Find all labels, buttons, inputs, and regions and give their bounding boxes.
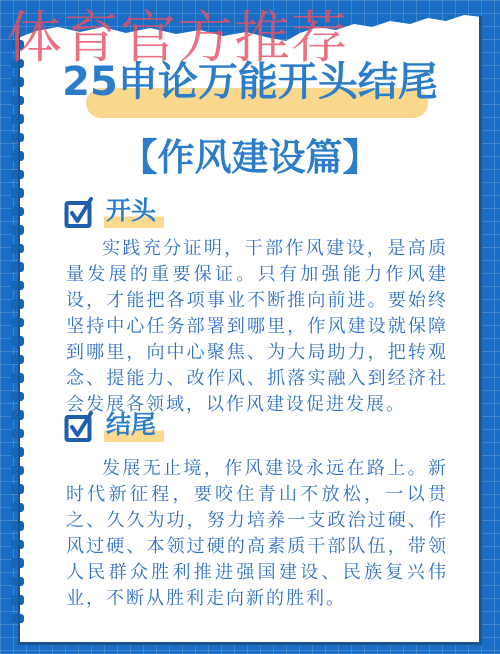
checked-checkbox-icon: [64, 410, 94, 442]
section-ending-label: 结尾: [104, 410, 164, 442]
section-ending-body: 发展无止境，作风建设永远在路上。新时代新征程，要咬住青山不放松，一以贯之、久久为…: [66, 456, 448, 612]
notebook-paper: 25申论万能开头结尾 【作风建设篇】 开头 实践充分证明，干部作风建设，是高质量…: [18, 0, 482, 644]
paper-edge-left: [18, 34, 20, 644]
poster-canvas: { "watermark": "体育官方推荐", "header": { "ti…: [0, 0, 500, 654]
page-subtitle: 【作风建设篇】: [18, 134, 482, 182]
checked-checkbox-icon: [64, 196, 94, 228]
section-ending-header: 结尾: [64, 410, 164, 442]
section-opening-label: 开头: [104, 196, 164, 228]
section-opening-body: 实践充分证明，干部作风建设，是高质量发展的重要保证。只有加强能力作风建设，才能把…: [66, 236, 448, 418]
section-opening-header: 开头: [64, 196, 164, 228]
watermark-text: 体育官方推荐: [6, 0, 348, 74]
paper-edge-right: [479, 16, 482, 644]
paper-edge-bottom: [18, 642, 482, 645]
